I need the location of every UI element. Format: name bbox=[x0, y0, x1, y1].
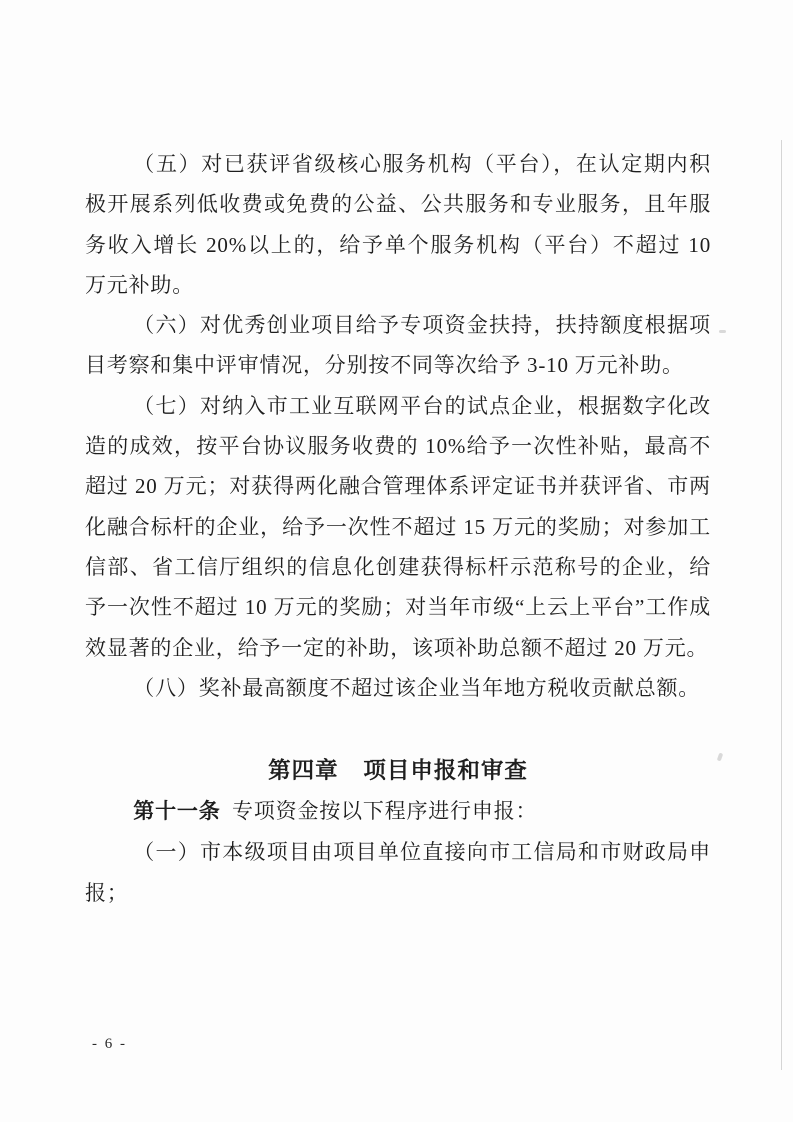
clause-8-paragraph: （八）奖补最高额度不超过该企业当年地方税收贡献总额。 bbox=[85, 668, 711, 708]
document-body: （五）对已获评省级核心服务机构（平台），在认定期内积极开展系列低收费或免费的公益… bbox=[85, 144, 711, 913]
article-11-label: 第十一条 bbox=[133, 800, 220, 823]
chapter-title: 项目申报和审查 bbox=[363, 758, 528, 783]
chapter-heading: 第四章项目申报和审查 bbox=[85, 750, 711, 791]
article-11-paragraph: 第十一条专项资金按以下程序进行申报： bbox=[85, 791, 711, 832]
item-1-paragraph: （一）市本级项目由项目单位直接向市工信局和市财政局申报； bbox=[85, 832, 711, 913]
document-page: （五）对已获评省级核心服务机构（平台），在认定期内积极开展系列低收费或免费的公益… bbox=[0, 0, 793, 1122]
scan-speck-artifact bbox=[719, 330, 726, 333]
page-number: - 6 - bbox=[92, 1036, 127, 1053]
clause-7-paragraph: （七）对纳入市工业互联网平台的试点企业，根据数字化改造的成效，按平台协议服务收费… bbox=[85, 386, 711, 668]
scan-speck-artifact bbox=[717, 753, 723, 762]
clause-6-paragraph: （六）对优秀创业项目给予专项资金扶持，扶持额度根据项目考察和集中评审情况，分别按… bbox=[85, 305, 711, 386]
chapter-number: 第四章 bbox=[268, 758, 339, 783]
article-11-text: 专项资金按以下程序进行申报： bbox=[232, 799, 537, 823]
scan-edge-artifact bbox=[781, 140, 782, 1070]
clause-5-paragraph: （五）对已获评省级核心服务机构（平台），在认定期内积极开展系列低收费或免费的公益… bbox=[85, 144, 711, 305]
